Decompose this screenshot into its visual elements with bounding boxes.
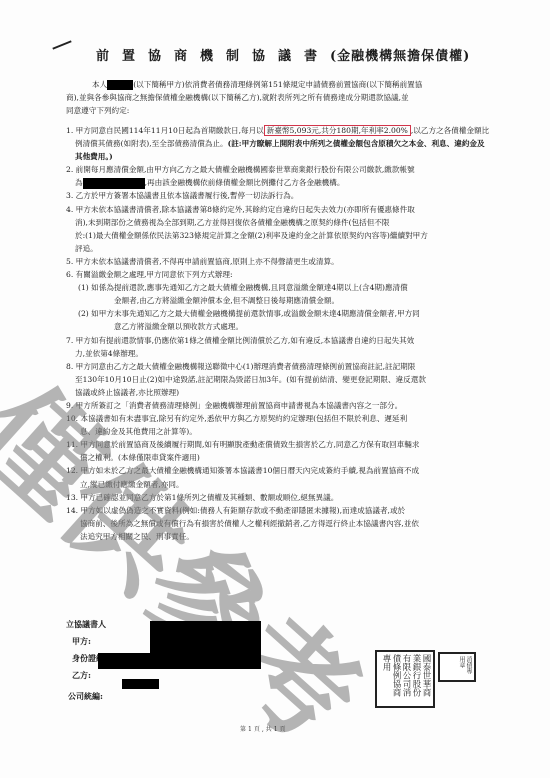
- clause-text: 至130年10月10日止(2)如中途毀諾,註記期限為毀諾日加3年。(如有提前結清…: [75, 375, 426, 384]
- document-page: 前置協商機制協議書(金融機構無擔保債權) 本人(以下簡稱甲方)依消費者債務清理條…: [0, 0, 550, 778]
- clause-6-2: (2) 如甲方未事先通知乙方之最大債權金融機構提前還款情事,或溢繳金額未達4期應…: [66, 307, 491, 333]
- clause-text: (1) 如係為提前還款,應事先通知乙方之最大債權金融機構,且同意溢繳金額達4期以…: [78, 283, 408, 292]
- clause-text: 14. 甲方如以虛偽偽造之不實資料(例如:債務人有鉅額存款或不動產卻隱匿未據報)…: [66, 506, 405, 515]
- clause-1: 1. 甲方同意自民國114年11月10日起為首期繳款日,每月以新臺幣5,093元…: [66, 124, 491, 163]
- clause-6-1: (1) 如係為提前還款,應事先通知乙方之最大債權金融機構,且同意溢繳金額達4期以…: [66, 281, 491, 307]
- redacted-company-id: [122, 679, 159, 689]
- clause-11: 11. 甲方同意於前置協商及後續履行期間,如有明顯脫產動產償債致生損害於乙方,同…: [66, 438, 491, 464]
- clause-9: 9. 甲方所簽訂之「消費者債務清理條例」金融機構辦理前置協商申請書視為本協議書內…: [66, 399, 491, 412]
- clause-text: 立,縱已繳付應繳金額者,亦同。: [80, 480, 184, 489]
- document-title: 前置協商機制協議書(金融機構無擔保債權): [96, 45, 476, 64]
- party-a-label: 甲方:: [66, 633, 131, 650]
- clause-text: ,再由該金融機構依前條債權金額比例攤付乙方各金融機構。: [145, 178, 345, 187]
- intro-prefix: 本人: [92, 80, 107, 89]
- clause-text: 於:(1)最大債權金額係依民法第323條規定計算之金額(2)利率及違約金之計算依…: [75, 231, 428, 240]
- clause-text: 金額者,由乙方將溢繳金額沖償本金,但不調整日後每期應清償金額。: [94, 296, 339, 305]
- intro-paragraph: 本人(以下簡稱甲方)依消費者債務清理條例第151條規定申請債務前置協商(以下簡稱…: [66, 78, 476, 117]
- intro-line: 商),並與各參與協商之無擔保債權金融機構(以下簡稱乙方),就附表所列之所有債務達…: [66, 91, 476, 104]
- clause-text: 意乙方將溢繳金額以預收款方式處理。: [94, 322, 243, 331]
- clause-2: 2. 前開每月應清償金額,由甲方向乙方之最大債權金融機構國泰世華商業銀行股份有限…: [66, 163, 491, 189]
- clause-8: 8. 甲方同意由乙方之最大債權金融機構報送聯徵中心(1)辦理消費者債務清理條例前…: [66, 360, 491, 399]
- clause-text: 評追。: [75, 244, 98, 253]
- clause-text: 息、違約金及其他費用之計算等)。: [80, 427, 197, 436]
- clause-text: 消),未到期部份之債務視為全部到期,乙方並得回復依各債權金融機構之原契約條件(包…: [75, 218, 390, 227]
- intro-line: 同意遵守下列約定:: [66, 104, 476, 117]
- clause-text: 7. 甲方如有提前還款情事,仍應依第1條之債權金額比例清償於乙方,如有違反,本協…: [66, 336, 414, 345]
- redacted-party-b: [98, 653, 153, 669]
- clause-text: 為: [75, 178, 83, 187]
- clause-7: 7. 甲方如有提前還款情事,仍應依第1條之債權金額比例清償於乙方,如有違反,本協…: [66, 334, 491, 360]
- clause-text: 10. 本協議書如有未盡事宜,除另有約定外,悉依甲方與乙方原契約約定辦理(包括但…: [66, 414, 407, 423]
- redacted-name: [107, 80, 133, 90]
- clause-text: 11. 甲方同意於前置協商及後續履行期間,如有明顯脫產動產償債致生損害於乙方,同…: [66, 440, 419, 449]
- company-id-label: 公司統編:: [66, 688, 131, 705]
- clause-text: 2. 前開每月應清償金額,由甲方向乙方之最大債權金融機構國泰世華商業銀行股份有限…: [66, 165, 415, 174]
- clause-13: 13. 甲方已確認並同意乙方於第1條所列之債權及其種類、數額或順位,絕無異議。: [66, 491, 491, 504]
- clause-text: (2) 如甲方未事先通知乙方之最大債權金融機構提前還款情事,或溢繳金額未達4期應…: [78, 309, 420, 318]
- signatory-heading: 立協議書人: [66, 616, 131, 633]
- clause-6: 6. 有關溢繳金額之處理,甲方同意依下列方式辦理:: [66, 268, 491, 281]
- clause-4: 4. 甲方未依本協議書清償者,除本協議書第8條約定外,其餘約定自違約日起失去效力…: [66, 203, 491, 255]
- redacted-party-a: [150, 621, 261, 669]
- title-main: 前置協商機制協議書: [96, 49, 330, 64]
- clause-text: 協商前、後所為之無償或有償行為有損害於債權人之權利經撤銷者,乙方得逕行終止本協議…: [80, 519, 419, 528]
- bank-seal-large: 國泰世華商業銀行股份有限公司消債條例協商專用: [375, 650, 435, 708]
- clause-12: 12. 甲方如未於乙方之最大債權金融機構通知簽署本協議書10個日曆天內完成簽約手…: [66, 464, 491, 490]
- page-number: 第1頁,共1頁: [240, 724, 288, 733]
- clause-text: 償之權利。(本條僅限車貸案件適用): [80, 453, 200, 462]
- clause-text: 4. 甲方未依本協議書清償者,除本協議書第8條約定外,其餘約定自違約日起失去效力…: [66, 205, 415, 214]
- title-sub: (金融機構無擔保債權): [330, 49, 470, 64]
- clause-3: 3. 乙方於甲方簽署本協議書且依本協議書履行後,暫停一切法訴行為。: [66, 189, 491, 202]
- bank-seal-small: 消債專用章: [438, 652, 476, 682]
- pen-mark: [52, 40, 71, 49]
- redacted-account-number: [83, 178, 145, 189]
- clause-text: 12. 甲方如未於乙方之最大債權金融機構通知簽署本協議書10個日曆天內完成簽約手…: [66, 466, 419, 475]
- clause-list: 1. 甲方同意自民國114年11月10日起為首期繳款日,每月以新臺幣5,093元…: [66, 124, 491, 543]
- payment-terms-highlight: 新臺幣5,093元,共分180期,年利率2.00%: [264, 125, 411, 136]
- clause-text: 力,並依第4條辦理。: [75, 349, 143, 358]
- clause-text: 1. 甲方同意自民國114年11月10日起為首期繳款日,每月以: [66, 126, 264, 135]
- clause-5: 5. 甲方未依本協議書清償者,不得再申請前置協商,原則上亦不得聲請更生或清算。: [66, 255, 491, 268]
- clause-14: 14. 甲方如以虛偽偽造之不實資料(例如:債務人有鉅額存款或不動產卻隱匿未據報)…: [66, 504, 491, 543]
- clause-text: 8. 甲方同意由乙方之最大債權金融機構報送聯徵中心(1)辦理消費者債務清理條例前…: [66, 362, 415, 371]
- clause-text: 協議或終止協議者,亦比照辦理): [75, 388, 179, 397]
- intro-line: (以下簡稱甲方)依消費者債務清理條例第151條規定申請債務前置協商(以下簡稱前置…: [133, 80, 422, 89]
- clause-10: 10. 本協議書如有未盡事宜,除另有約定外,悉依甲方與乙方原契約約定辦理(包括但…: [66, 412, 491, 438]
- clause-text: 法追究甲方相關之民、刑事責任。: [80, 532, 194, 541]
